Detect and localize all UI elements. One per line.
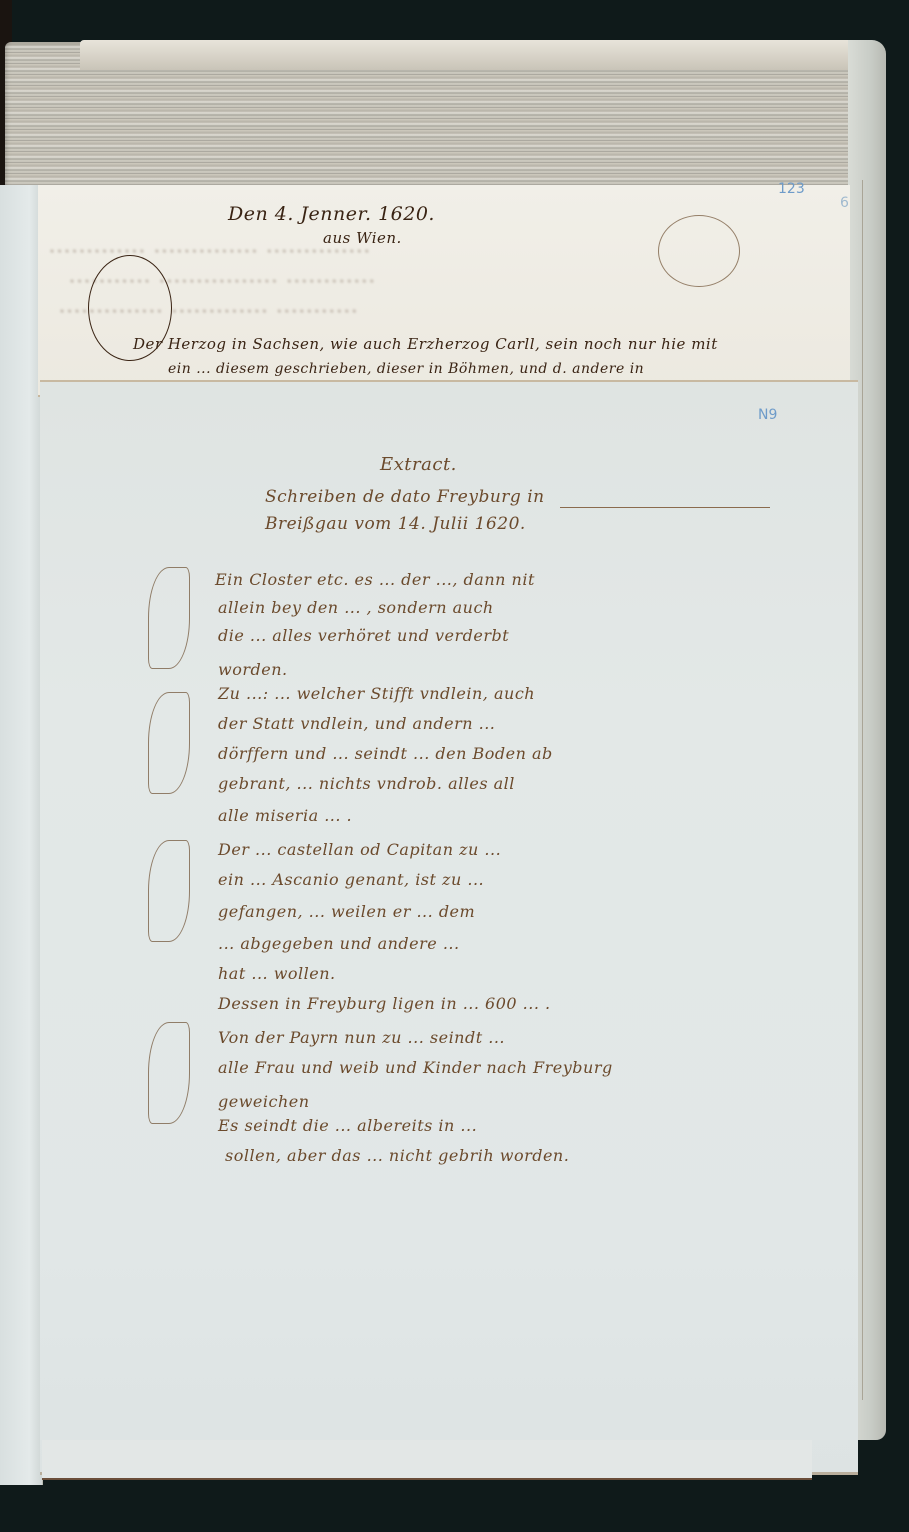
subheading-underline [560,507,770,508]
letter-subheading-1: Schreiben de dato Freyburg in [265,487,545,507]
body-line: gefangen, ... weilen er ... dem [218,902,475,921]
body-line: Ein Closter etc. es ... der ..., dann ni… [215,570,535,589]
body-line: alle Frau und weib und Kinder nach Freyb… [218,1058,613,1077]
body-line: alle miseria ... . [218,806,352,825]
facing-page-strip [0,185,43,1485]
body-line: Zu ...: ... welcher Stifft vndlein, auch [218,684,535,703]
body-line: ... abgegeben und andere ... [218,934,460,953]
main-letter-sheet: N9 Extract. Schreiben de dato Freyburg i… [40,380,858,1472]
letter-subheading-2: Breißgau vom 14. Julii 1620. [265,514,526,534]
margin-number: 6 [840,195,849,211]
body-line: gebrant, ... nichts vndrob. alles all [218,774,515,793]
body-line: der Statt vndlein, und andern ... [218,714,495,733]
body-line: allein bey den ... , sondern auch [218,598,494,617]
body-line: worden. [218,660,288,679]
margin-flourish [148,567,190,669]
bleed-through-line: ·············· ·············· ··········… [48,240,370,265]
letter-place-line: aus Wien. [323,229,402,247]
body-line: Es seindt die ... albereits in ... [218,1116,477,1135]
body-line: dörffern und ... seindt ... den Boden ab [218,744,553,763]
body-line: geweichen [218,1092,310,1111]
margin-flourish [148,1022,190,1124]
body-line: Der ... castellan od Capitan zu ... [218,840,501,859]
letter-line-2: ein ... diesem geschrieben, dieser in Bö… [168,361,644,377]
top-sheet-edge [80,40,880,70]
right-edge-crease [862,180,863,1400]
folio-number: 123 [778,181,805,197]
underlying-sheet-bottom-edge [42,1440,812,1480]
body-line: die ... alles verhöret und verderbt [218,626,509,645]
body-line: Dessen in Freyburg ligen in ... 600 ... … [218,994,551,1013]
letter-line-1: Der Herzog in Sachsen, wie auch Erzherzo… [133,335,718,353]
item-number: N9 [758,407,777,423]
letter-heading: Extract. [380,454,457,475]
body-line: sollen, aber das ... nicht gebrih worden… [225,1146,569,1165]
body-line: Von der Payrn nun zu ... seindt ... [218,1028,505,1047]
bleed-through-flourish [658,215,740,287]
upper-letter-sheet: ·············· ·············· ··········… [38,185,850,397]
margin-flourish [148,840,190,942]
body-line: hat ... wollen. [218,964,336,983]
letter-date-line: Den 4. Jenner. 1620. [228,203,435,225]
body-line: ein ... Ascanio genant, ist zu ... [218,870,484,889]
margin-flourish [148,692,190,794]
